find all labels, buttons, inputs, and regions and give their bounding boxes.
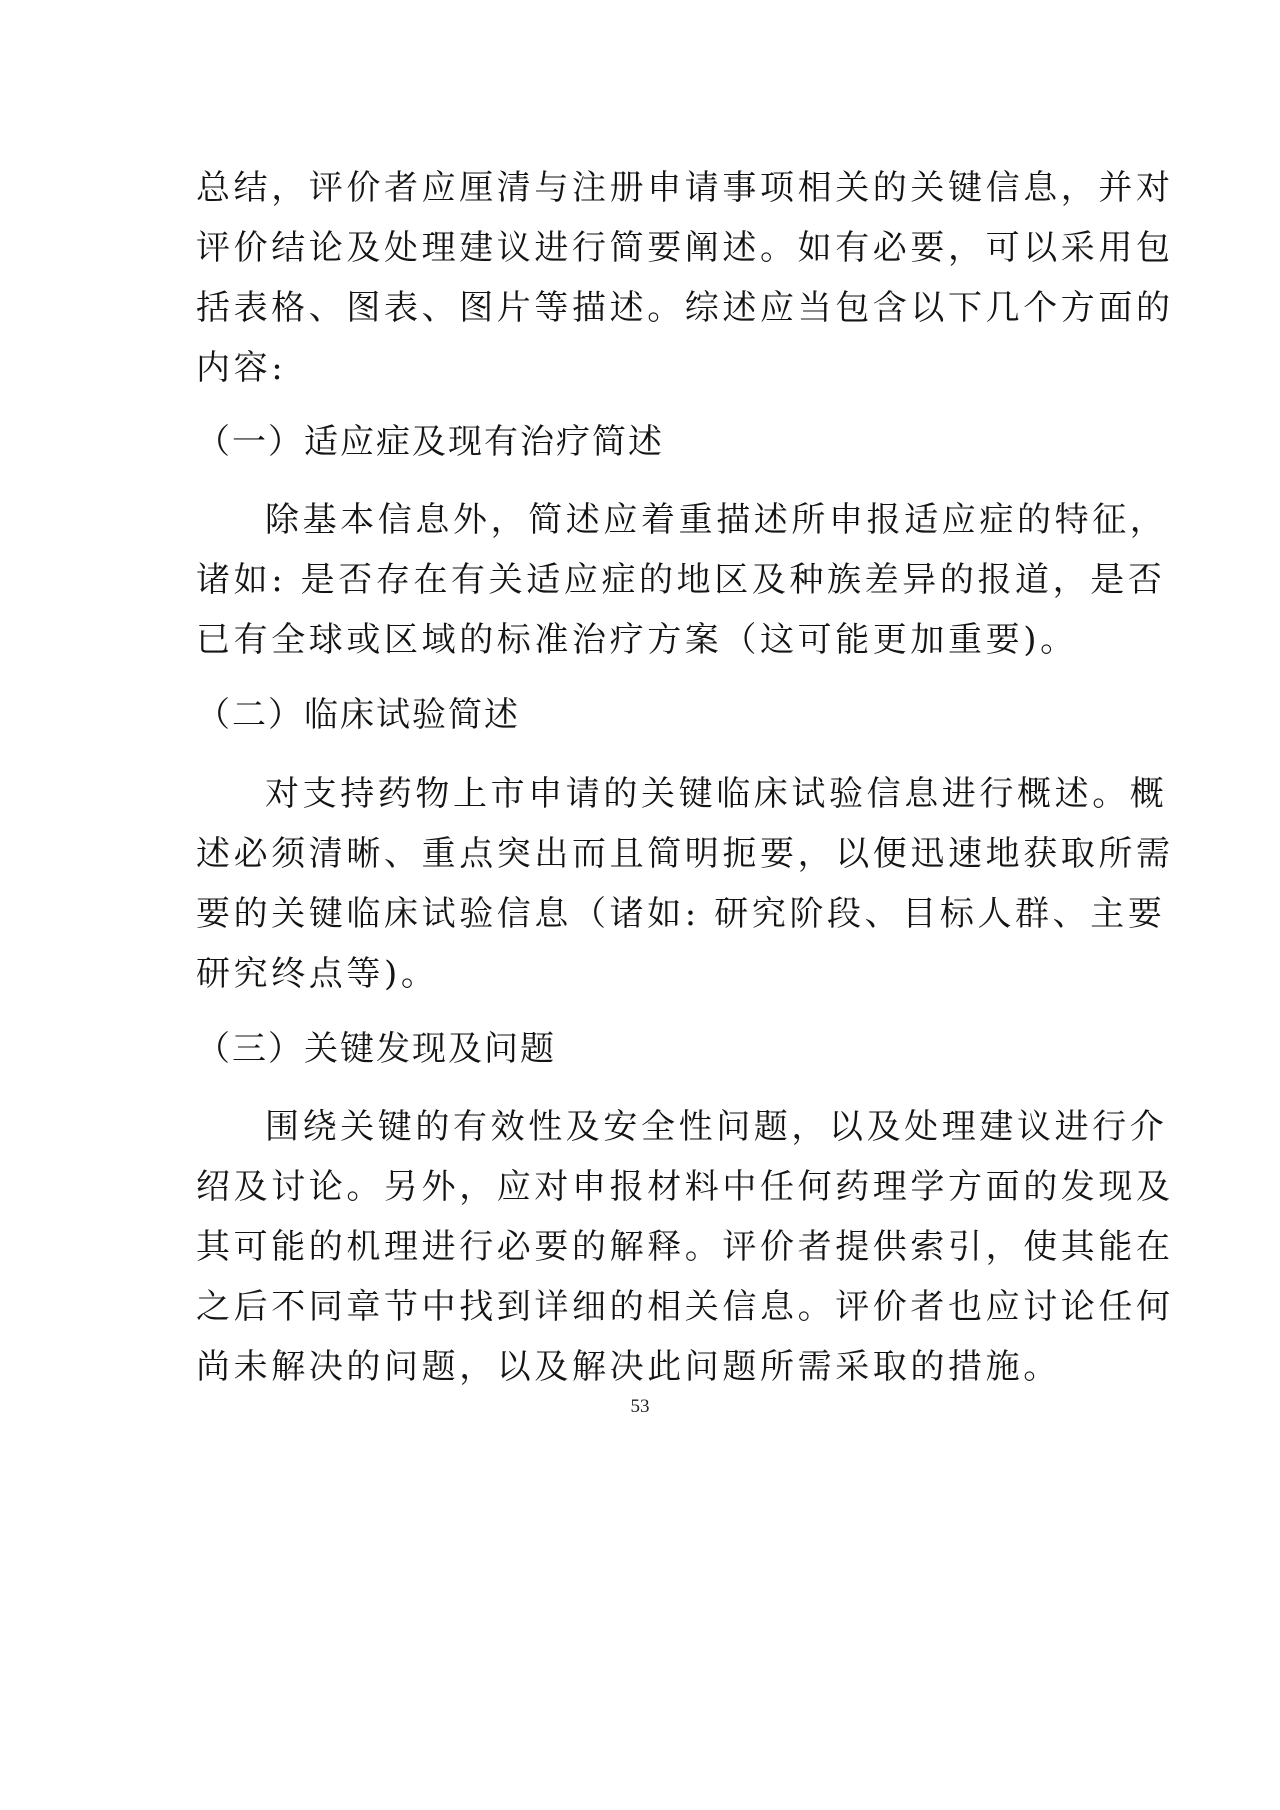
page-number: 53 [0,1396,1280,1418]
section-heading-1: （一）适应症及现有治疗简述 [196,422,1096,462]
paragraph-line: 述必须清晰、重点突出而且简明扼要，以便迅速地获取所需 [196,834,1096,874]
paragraph-line: 要的关键临床试验信息（诸如: 研究阶段、目标人群、主要 [196,894,1096,934]
paragraph-line: 对支持药物上市申请的关键临床试验信息进行概述。概 [265,774,1095,814]
paragraph-line: 其可能的机理进行必要的解释。评价者提供索引，使其能在 [196,1227,1096,1267]
paragraph-line: 内容: [196,348,1096,388]
paragraph-line: 评价结论及处理建议进行简要阐述。如有必要，可以采用包 [196,228,1096,268]
paragraph-line: 除基本信息外，简述应着重描述所申报适应症的特征， [265,500,1095,540]
paragraph-line: 已有全球或区域的标准治疗方案（这可能更加重要)。 [196,620,1096,660]
section-heading-2: （二）临床试验简述 [196,695,1096,735]
paragraph-line: 尚未解决的问题，以及解决此问题所需采取的措施。 [196,1347,1096,1387]
paragraph-line: 绍及讨论。另外，应对申报材料中任何药理学方面的发现及 [196,1167,1096,1207]
paragraph-line: 诸如: 是否存在有关适应症的地区及种族差异的报道，是否 [196,560,1096,600]
paragraph-line: 围绕关键的有效性及安全性问题，以及处理建议进行介 [265,1107,1095,1147]
section-heading-3: （三）关键发现及问题 [196,1029,1096,1069]
paragraph-line: 之后不同章节中找到详细的相关信息。评价者也应讨论任何 [196,1287,1096,1327]
paragraph-line: 总结，评价者应厘清与注册申请事项相关的关键信息，并对 [196,168,1096,208]
document-page: 总结，评价者应厘清与注册申请事项相关的关键信息，并对 评价结论及处理建议进行简要… [0,0,1280,1810]
paragraph-line: 括表格、图表、图片等描述。综述应当包含以下几个方面的 [196,288,1096,328]
paragraph-line: 研究终点等)。 [196,954,1096,994]
